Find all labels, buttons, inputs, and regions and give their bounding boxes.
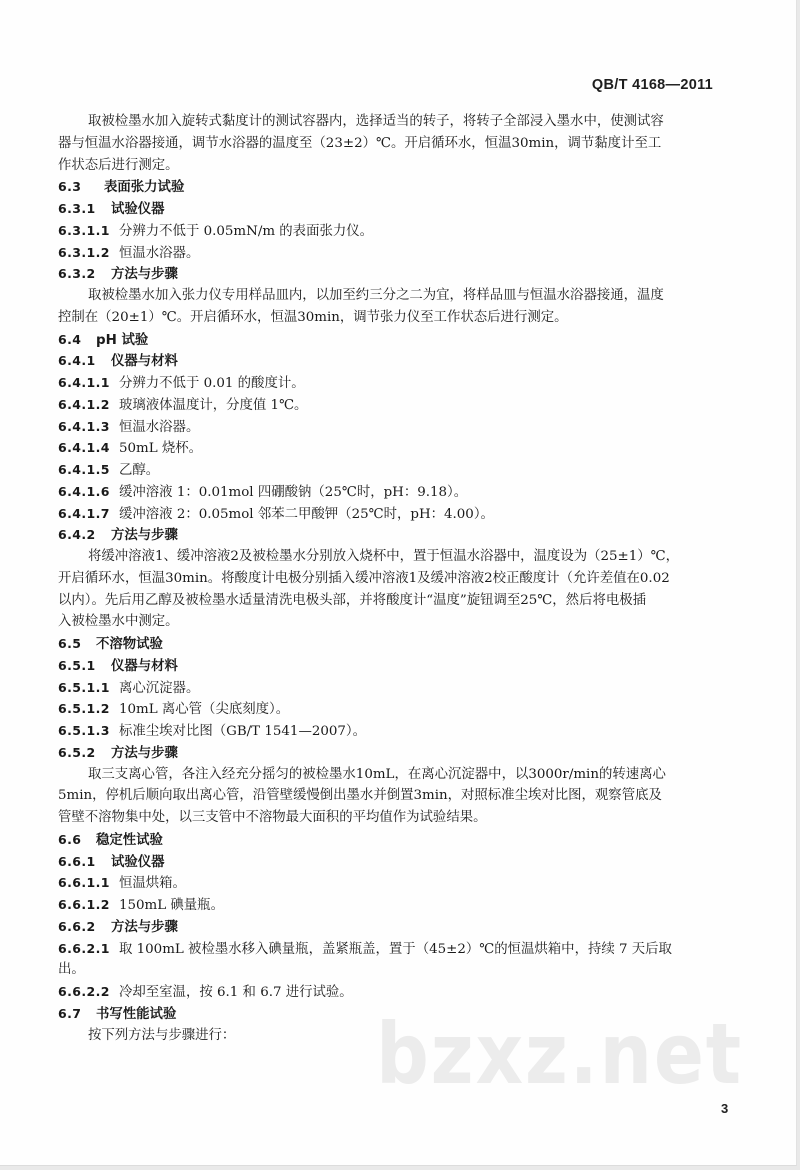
clause-6-4-1-5: 6.4.1.5乙醇。	[58, 459, 734, 481]
clause-6-4-1-4: 6.4.1.450mL 烧杯。	[58, 437, 734, 459]
clause-6-3-1-1: 6.3.1.1分辨力不低于 0.05mN/m 的表面张力仪。	[58, 220, 734, 242]
subsection-heading-6-6-1: 6.6.1试验仪器	[58, 851, 734, 873]
subsection-heading-6-4-2: 6.4.2方法与步骤	[58, 524, 734, 546]
paragraph-line: 控制在（20±1）℃。开启循环水，恒温30min，调节张力仪至工作状态后进行测定…	[58, 307, 734, 329]
section-title: 仪器与材料	[111, 354, 178, 369]
clause-text: 分辨力不低于 0.01 的酸度计。	[119, 376, 305, 391]
paragraph-line: 取被检墨水加入旋转式黏度计的测试容器内，选择适当的转子，将转子全部浸入墨水中，使…	[58, 111, 734, 133]
clause-number: 6.4.1.7	[58, 503, 119, 525]
section-title: 不溶物试验	[96, 637, 163, 652]
clause-text: 缓冲溶液 2：0.05mol 邻苯二甲酸钾（25℃时，pH：4.00）。	[119, 507, 494, 522]
clause-text: 恒温烘箱。	[119, 876, 186, 891]
clause-number: 6.4.1.3	[58, 416, 119, 438]
subsection-heading-6-3-2: 6.3.2方法与步骤	[58, 263, 734, 285]
section-heading-6-5: 6.5不溶物试验	[58, 633, 734, 655]
watermark: bzxz.net	[376, 1012, 743, 1096]
section-title: 试验仪器	[111, 202, 165, 217]
paragraph-line: 开启循环水，恒温30min。将酸度计电极分别插入缓冲溶液1及缓冲溶液2校正酸度计…	[58, 568, 734, 590]
clause-text: 50mL 烧杯。	[119, 441, 202, 456]
page-number: 3	[721, 1101, 728, 1116]
clause-number: 6.3.1.2	[58, 242, 119, 264]
clause-number: 6.6.1.1	[58, 872, 119, 894]
section-title: 仪器与材料	[111, 659, 178, 674]
section-number: 6.5	[58, 633, 96, 655]
clause-text: 150mL 碘量瓶。	[119, 898, 224, 913]
clause-text: 取 100mL 被检墨水移入碘量瓶，盖紧瓶盖，置于（45±2）℃的恒温烘箱中，持…	[119, 942, 672, 957]
clause-number: 6.4.1.4	[58, 437, 119, 459]
paragraph-line: 管壁不溶物集中处，以三支管中不溶物最大面积的平均值作为试验结果。	[58, 807, 734, 829]
subsection-heading-6-5-2: 6.5.2方法与步骤	[58, 742, 734, 764]
section-title: 书写性能试验	[96, 1007, 176, 1022]
section-title: 表面张力试验	[104, 180, 184, 195]
clause-number: 6.5.1.2	[58, 698, 119, 720]
section-heading-6-4: 6.4pH 试验	[58, 329, 734, 351]
clause-6-3-1-2: 6.3.1.2恒温水浴器。	[58, 242, 734, 264]
document-page: QB/T 4168—2011 取被检墨水加入旋转式黏度计的测试容器内，选择适当的…	[0, 0, 797, 1166]
section-number: 6.5.2	[58, 742, 111, 764]
clause-6-5-1-3: 6.5.1.3标准尘埃对比图（GB/T 1541—2007）。	[58, 720, 734, 742]
section-heading-6-3: 6.3表面张力试验	[58, 176, 734, 198]
section-title: pH 试验	[96, 333, 148, 348]
clause-text: 恒温水浴器。	[119, 246, 199, 261]
section-number: 6.3.2	[58, 263, 111, 285]
clause-number: 6.5.1.3	[58, 720, 119, 742]
section-number: 6.3	[58, 176, 104, 198]
clause-text: 标准尘埃对比图（GB/T 1541—2007）。	[119, 724, 366, 739]
clause-number: 6.4.1.5	[58, 459, 119, 481]
clause-text: 缓冲溶液 1：0.01mol 四硼酸钠（25℃时，pH：9.18）。	[119, 485, 467, 500]
page-content: 取被检墨水加入旋转式黏度计的测试容器内，选择适当的转子，将转子全部浸入墨水中，使…	[58, 111, 734, 1046]
clause-number: 6.4.1.1	[58, 372, 119, 394]
section-number: 6.7	[58, 1003, 96, 1025]
clause-6-5-1-2: 6.5.1.210mL 离心管（尖底刻度）。	[58, 698, 734, 720]
paragraph-line: 5min，停机后顺向取出离心管，沿管壁缓慢倒出墨水并倒置3min，对照标准尘埃对…	[58, 785, 734, 807]
section-number: 6.6	[58, 829, 96, 851]
clause-6-6-1-1: 6.6.1.1恒温烘箱。	[58, 872, 734, 894]
clause-6-5-1-1: 6.5.1.1离心沉淀器。	[58, 677, 734, 699]
clause-6-6-2-1: 6.6.2.1取 100mL 被检墨水移入碘量瓶，盖紧瓶盖，置于（45±2）℃的…	[58, 938, 734, 960]
section-title: 方法与步骤	[111, 267, 178, 282]
section-title: 稳定性试验	[96, 833, 163, 848]
clause-number: 6.6.1.2	[58, 894, 119, 916]
section-title: 方法与步骤	[111, 920, 178, 935]
section-number: 6.3.1	[58, 198, 111, 220]
clause-number: 6.3.1.1	[58, 220, 119, 242]
subsection-heading-6-6-2: 6.6.2方法与步骤	[58, 916, 734, 938]
clause-text: 离心沉淀器。	[119, 681, 199, 696]
subsection-heading-6-4-1: 6.4.1仪器与材料	[58, 350, 734, 372]
clause-number: 6.4.1.6	[58, 481, 119, 503]
clause-text: 乙醇。	[119, 463, 159, 478]
clause-6-4-1-7: 6.4.1.7缓冲溶液 2：0.05mol 邻苯二甲酸钾（25℃时，pH：4.0…	[58, 503, 734, 525]
paragraph-line: 以内）。先后用乙醇及被检墨水适量清洗电极头部，并将酸度计“温度”旋钮调至25℃，…	[58, 590, 734, 612]
paragraph-line: 将缓冲溶液1、缓冲溶液2及被检墨水分别放入烧杯中，置于恒温水浴器中，温度设为（2…	[58, 546, 734, 568]
subsection-heading-6-3-1: 6.3.1试验仪器	[58, 198, 734, 220]
section-heading-6-6: 6.6稳定性试验	[58, 829, 734, 851]
clause-6-6-1-2: 6.6.1.2150mL 碘量瓶。	[58, 894, 734, 916]
clause-continuation: 出。	[58, 959, 734, 981]
clause-text: 冷却至室温，按 6.1 和 6.7 进行试验。	[119, 985, 353, 1000]
clause-number: 6.6.2.2	[58, 981, 119, 1003]
paragraph-line: 作状态后进行测定。	[58, 155, 734, 177]
clause-number: 6.5.1.1	[58, 677, 119, 699]
standard-code-header: QB/T 4168—2011	[592, 77, 713, 93]
section-number: 6.4	[58, 329, 96, 351]
clause-text: 恒温水浴器。	[119, 420, 199, 435]
paragraph-line: 入被检墨水中测定。	[58, 611, 734, 633]
section-number: 6.4.2	[58, 524, 111, 546]
section-title: 试验仪器	[111, 855, 165, 870]
clause-6-6-2-2: 6.6.2.2冷却至室温，按 6.1 和 6.7 进行试验。	[58, 981, 734, 1003]
section-number: 6.4.1	[58, 350, 111, 372]
clause-number: 6.6.2.1	[58, 938, 119, 960]
clause-6-4-1-6: 6.4.1.6缓冲溶液 1：0.01mol 四硼酸钠（25℃时，pH：9.18）…	[58, 481, 734, 503]
subsection-heading-6-5-1: 6.5.1仪器与材料	[58, 655, 734, 677]
clause-text: 分辨力不低于 0.05mN/m 的表面张力仪。	[119, 224, 373, 239]
paragraph-line: 取三支离心管，各注入经充分摇匀的被检墨水10mL，在离心沉淀器中，以3000r/…	[58, 764, 734, 786]
section-number: 6.6.1	[58, 851, 111, 873]
clause-6-4-1-1: 6.4.1.1分辨力不低于 0.01 的酸度计。	[58, 372, 734, 394]
clause-text: 玻璃液体温度计，分度值 1℃。	[119, 398, 307, 413]
section-number: 6.6.2	[58, 916, 111, 938]
paragraph-line: 取被检墨水加入张力仪专用样品皿内，以加至约三分之二为宜，将样品皿与恒温水浴器接通…	[58, 285, 734, 307]
clause-text: 10mL 离心管（尖底刻度）。	[119, 702, 289, 717]
paragraph-line: 器与恒温水浴器接通，调节水浴器的温度至（23±2）℃。开启循环水，恒温30min…	[58, 133, 734, 155]
clause-number: 6.4.1.2	[58, 394, 119, 416]
clause-6-4-1-2: 6.4.1.2玻璃液体温度计，分度值 1℃。	[58, 394, 734, 416]
clause-6-4-1-3: 6.4.1.3恒温水浴器。	[58, 416, 734, 438]
section-title: 方法与步骤	[111, 528, 178, 543]
section-number: 6.5.1	[58, 655, 111, 677]
section-title: 方法与步骤	[111, 746, 178, 761]
